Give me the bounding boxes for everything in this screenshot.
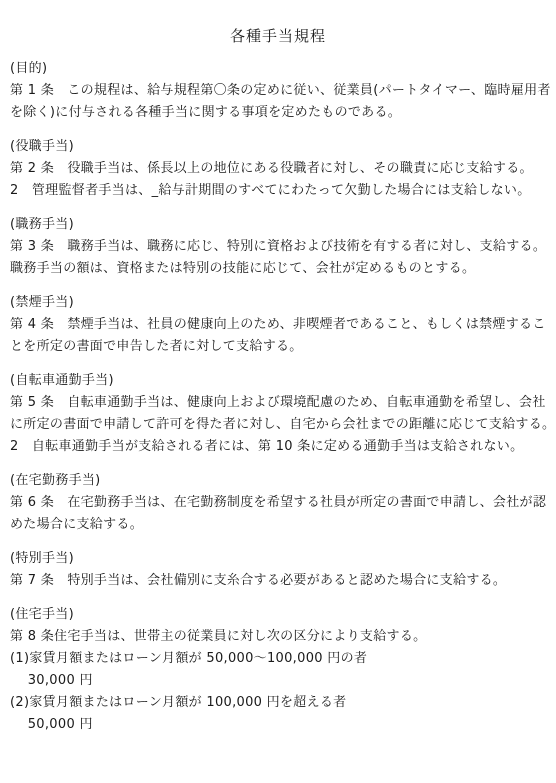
section-heading: (職務手当) (10, 214, 546, 236)
document-line: 2 管理監督者手当は、_給与計期間のすべてにわたって欠勤した場合には支給しない。 (10, 180, 546, 202)
document-line: (2)家賃月額またはローン月額が 100,000 円を超える者 (10, 692, 546, 714)
section-heading: (目的) (10, 58, 546, 80)
document-section: (在宅勤務手当)第 6 条 在宅勤務手当は、在宅勤務制度を希望する社員が所定の書… (10, 470, 546, 536)
document-line: 第 4 条 禁煙手当は、社員の健康向上のため、非喫煙者であること、もしくは禁煙す… (10, 314, 546, 336)
document-section: (特別手当)第 7 条 特別手当は、会社備別に支糸合する必要があると認めた場合に… (10, 548, 546, 592)
document-section: (住宅手当)第 8 条住宅手当は、世帯主の従業員に対し次の区分により支給する。(… (10, 604, 546, 736)
document-line: を除く)に付与される各種手当に関する事項を定めたものである。 (10, 102, 546, 124)
section-heading: (禁煙手当) (10, 292, 546, 314)
document-line: 第 2 条 役職手当は、係長以上の地位にある役職者に対し、その職責に応じ支給する… (10, 158, 546, 180)
document-line: 第 7 条 特別手当は、会社備別に支糸合する必要があると認めた場合に支給する。 (10, 570, 546, 592)
document-section: (目的)第 1 条 この規程は、給与規程第〇条の定めに従い、従業員(パートタイマ… (10, 58, 546, 124)
document-line: に所定の書面で申請して許可を得た者に対し、自宅から会社までの距離に応じて支給する… (10, 414, 546, 436)
document-line: とを所定の書面で申告した者に対して支給する。 (10, 336, 546, 358)
document-page: 各種手当規程 (目的)第 1 条 この規程は、給与規程第〇条の定めに従い、従業員… (0, 0, 556, 783)
document-line: 30,000 円 (10, 670, 546, 692)
document-line: 50,000 円 (10, 714, 546, 736)
section-heading: (在宅勤務手当) (10, 470, 546, 492)
section-heading: (特別手当) (10, 548, 546, 570)
document-section: (禁煙手当)第 4 条 禁煙手当は、社員の健康向上のため、非喫煙者であること、も… (10, 292, 546, 358)
document-section: (自転車通勤手当)第 5 条 自転車通勤手当は、健康向上および環境配慮のため、自… (10, 370, 546, 458)
document-line: 2 自転車通勤手当が支給される者には、第 10 条に定める通勤手当は支給されない… (10, 436, 546, 458)
section-heading: (住宅手当) (10, 604, 546, 626)
document-body: (目的)第 1 条 この規程は、給与規程第〇条の定めに従い、従業員(パートタイマ… (10, 58, 546, 736)
document-line: 第 3 条 職務手当は、職務に応じ、特別に資格および技術を有する者に対し、支給す… (10, 236, 546, 258)
document-section: (職務手当)第 3 条 職務手当は、職務に応じ、特別に資格および技術を有する者に… (10, 214, 546, 280)
document-line: めた場合に支給する。 (10, 514, 546, 536)
document-line: (1)家賃月額またはローン月額が 50,000～100,000 円の者 (10, 648, 546, 670)
document-section: (役職手当)第 2 条 役職手当は、係長以上の地位にある役職者に対し、その職責に… (10, 136, 546, 202)
document-line: 第 1 条 この規程は、給与規程第〇条の定めに従い、従業員(パートタイマー、臨時… (10, 80, 546, 102)
document-title: 各種手当規程 (10, 26, 546, 46)
section-heading: (役職手当) (10, 136, 546, 158)
document-line: 第 5 条 自転車通勤手当は、健康向上および環境配慮のため、自転車通勤を希望し、… (10, 392, 546, 414)
section-heading: (自転車通勤手当) (10, 370, 546, 392)
document-line: 第 8 条住宅手当は、世帯主の従業員に対し次の区分により支給する。 (10, 626, 546, 648)
document-line: 職務手当の額は、資格または特別の技能に応じて、会社が定めるものとする。 (10, 258, 546, 280)
document-line: 第 6 条 在宅勤務手当は、在宅勤務制度を希望する社員が所定の書面で申請し、会社… (10, 492, 546, 514)
